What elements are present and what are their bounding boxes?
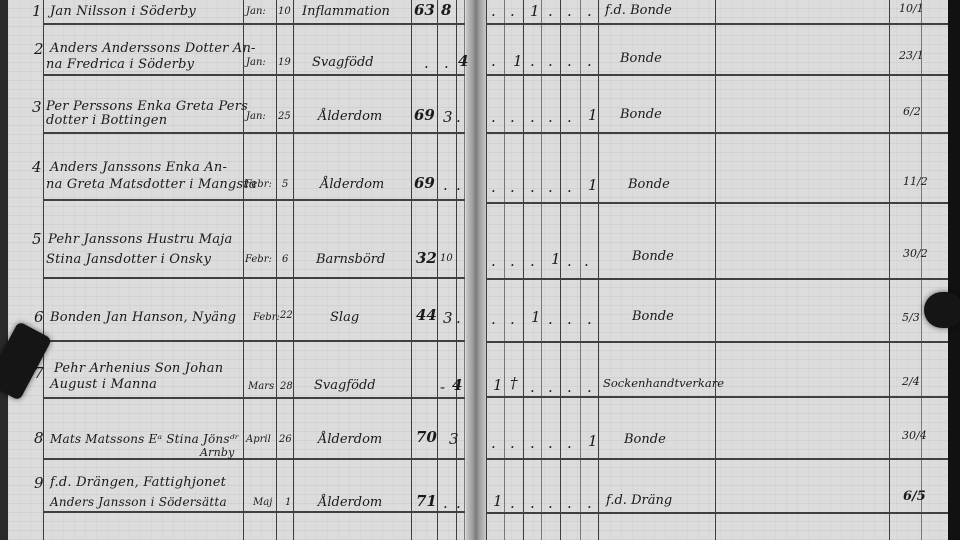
row-separator — [486, 396, 948, 398]
book-gutter — [466, 0, 486, 540]
entry-name-line2: na Fredrica i Söderby — [46, 58, 194, 71]
mark-2: . — [510, 436, 515, 451]
entry-month: Febr: — [245, 255, 272, 265]
entry-age-extra: . — [456, 178, 461, 193]
row-separator — [486, 132, 948, 134]
mark-6: . — [587, 312, 592, 327]
mark-3: . — [530, 180, 535, 195]
entry-name-line1: Anders Anderssons Dotter An- — [50, 42, 256, 55]
mark-3: . — [530, 436, 535, 451]
mark-6: . — [584, 254, 589, 269]
entry-occupation: Bonde — [628, 178, 670, 191]
mark-3: . — [530, 54, 535, 69]
mark-2: . — [510, 312, 515, 327]
mark-1: . — [491, 312, 496, 327]
row-separator — [486, 202, 948, 204]
entry-number: 8 — [34, 431, 44, 446]
entry-date: 6/5 — [903, 490, 926, 503]
entry-name-line2: Arnby — [200, 447, 235, 458]
mark-3: 1 — [530, 4, 540, 19]
entry-cause: Ålderdom — [318, 496, 382, 509]
entry-number: 2 — [34, 42, 44, 57]
entry-age-extra: 4 — [458, 54, 468, 69]
entry-occupation: f.d. Bonde — [605, 4, 672, 17]
mark-5: . — [567, 54, 572, 69]
mark-5: . — [567, 380, 572, 395]
entry-age-extra: 4 — [452, 378, 462, 393]
entry-day: 28 — [280, 382, 293, 392]
mark-5: . — [567, 312, 572, 327]
entry-number: 6 — [34, 310, 44, 325]
entry-name-line2: August i Manna — [50, 378, 157, 391]
entry-number: 5 — [32, 232, 42, 247]
mark-2: . — [510, 4, 515, 19]
entry-number: 3 — [32, 100, 42, 115]
entry-day: 26 — [279, 435, 292, 445]
entry-day: 1 — [285, 498, 291, 508]
entry-age-months: 3 — [443, 110, 453, 125]
row-separator — [486, 341, 948, 343]
entry-occupation: f.d. Dräng — [606, 494, 672, 507]
mark-4: . — [548, 312, 553, 327]
mark-4: . — [548, 380, 553, 395]
entry-occupation: Sockenhandtverkare — [603, 378, 724, 390]
mark-2: . — [510, 180, 515, 195]
entry-age-years: 69 — [414, 108, 435, 123]
entry-number: 1 — [32, 4, 42, 19]
entry-cause: Inflammation — [302, 5, 390, 18]
entry-month: Jan: — [246, 112, 266, 122]
entry-name-line1: Jan Nilsson i Söderby — [50, 5, 196, 18]
entry-age-months: . — [443, 178, 448, 193]
mark-6: . — [587, 4, 592, 19]
entry-cause: Ålderdom — [318, 110, 382, 123]
mark-6: 1 — [588, 178, 598, 193]
row-separator — [43, 199, 465, 201]
entry-name-line2: dotter i Bottingen — [46, 114, 167, 127]
entry-occupation: Bonde — [624, 433, 666, 446]
entry-month: Febr: — [253, 313, 280, 323]
entry-month: April — [246, 435, 271, 445]
entry-month: Jan: — [246, 58, 266, 68]
row-separator — [43, 277, 465, 279]
entry-cause: Ålderdom — [320, 178, 384, 191]
mark-4: 1 — [551, 252, 561, 267]
mark-1: . — [491, 436, 496, 451]
entry-date: 6/2 — [903, 106, 921, 117]
mark-1: 1 — [493, 378, 503, 393]
row-separator — [486, 74, 948, 76]
mark-2: . — [510, 254, 515, 269]
entry-name-line2: Anders Jansson i Södersätta — [50, 496, 227, 508]
entry-age-years: 44 — [416, 308, 437, 323]
row-separator — [486, 278, 948, 280]
mark-4: . — [548, 436, 553, 451]
mark-5: . — [567, 110, 572, 125]
entry-age-months: 3 — [449, 432, 459, 447]
entry-name-line2: na Greta Matsdotter i Mangsta — [46, 178, 257, 191]
entry-month: Maj — [253, 498, 272, 508]
mark-1: 1 — [493, 494, 503, 509]
mark-6: . — [587, 380, 592, 395]
entry-age-months: . — [443, 496, 448, 511]
entry-occupation: Bonde — [620, 52, 662, 65]
entry-cause: Ålderdom — [318, 433, 382, 446]
entry-occupation: Bonde — [632, 250, 674, 263]
entry-date: 11/2 — [903, 176, 928, 187]
entry-day: 6 — [282, 255, 288, 265]
entry-age-months: 10 — [440, 254, 453, 264]
entry-date: 30/4 — [902, 430, 927, 441]
mark-6: . — [587, 496, 592, 511]
entry-occupation: Bonde — [632, 310, 674, 323]
entry-date: 30/2 — [903, 248, 928, 259]
mark-3: 1 — [531, 310, 541, 325]
entry-number: 9 — [34, 476, 44, 491]
entry-day: 22 — [280, 311, 293, 321]
entry-name-line1: f.d. Drängen, Fattighjonet — [50, 476, 226, 489]
entry-age-years: . — [424, 56, 429, 71]
row-separator — [43, 458, 465, 460]
mark-3: . — [530, 254, 535, 269]
row-separator — [43, 74, 465, 76]
mark-5: . — [567, 436, 572, 451]
mark-5: . — [567, 254, 572, 269]
mark-2: † — [510, 376, 518, 391]
mark-4: . — [548, 110, 553, 125]
entry-age-years: 63 — [414, 3, 435, 18]
entry-age-extra: . — [456, 496, 461, 511]
mark-2: . — [510, 496, 515, 511]
mark-1: . — [491, 254, 496, 269]
entry-age-months: . — [444, 56, 449, 71]
entry-month: Mars — [248, 382, 274, 392]
entry-name-line1: Anders Janssons Enka An- — [50, 161, 227, 174]
entry-age-years: 71 — [416, 494, 437, 509]
row-separator — [486, 23, 948, 25]
row-separator — [43, 340, 465, 342]
mark-6: . — [587, 54, 592, 69]
entry-age-extra: . — [456, 110, 461, 125]
mark-5: . — [567, 4, 572, 19]
mark-4: . — [548, 180, 553, 195]
entry-name-line1: Per Perssons Enka Greta Pers — [46, 100, 248, 113]
entry-day: 5 — [282, 180, 288, 190]
mark-3: . — [530, 496, 535, 511]
entry-cause: Svagfödd — [312, 56, 374, 69]
entry-date: 10/1 — [899, 3, 924, 14]
mark-1: . — [491, 110, 496, 125]
entry-name-line1: Mats Matssons Eᵃ Stina Jönsᵈʳ — [50, 433, 239, 445]
entry-day: 10 — [278, 7, 291, 17]
entry-date: 5/3 — [902, 312, 920, 323]
row-separator — [486, 458, 948, 460]
mark-6: 1 — [588, 434, 598, 449]
entry-day: 19 — [278, 58, 291, 68]
entry-name-line1: Bonden Jan Hanson, Nyäng — [50, 311, 236, 324]
entry-age-years: 32 — [416, 251, 437, 266]
book-right-edge — [948, 0, 960, 540]
entry-month: Jan: — [246, 7, 266, 17]
row-separator — [43, 23, 465, 25]
entry-name-line2: Stina Jansdotter i Onsky — [46, 253, 211, 266]
mark-2: 1 — [513, 54, 523, 69]
entry-age-years: 69 — [414, 176, 435, 191]
entry-age-months: - — [440, 380, 445, 395]
entry-month: Febr: — [245, 180, 272, 190]
entry-cause: Barnsbörd — [316, 253, 385, 266]
row-separator — [43, 132, 465, 134]
entry-name-line1: Pehr Janssons Hustru Maja — [48, 233, 232, 246]
mark-1: . — [491, 180, 496, 195]
mark-4: . — [548, 54, 553, 69]
entry-name-line1: Pehr Arhenius Son Johan — [54, 362, 223, 375]
entry-age-years: 70 — [416, 430, 437, 445]
mark-6: 1 — [588, 108, 598, 123]
entry-date: 2/4 — [902, 376, 920, 387]
mark-5: . — [567, 180, 572, 195]
mark-2: . — [510, 110, 515, 125]
mark-4: . — [548, 496, 553, 511]
mark-3: . — [530, 110, 535, 125]
mark-1: . — [491, 54, 496, 69]
mark-3: . — [530, 380, 535, 395]
entry-cause: Svagfödd — [314, 379, 376, 392]
mark-4: . — [548, 4, 553, 19]
mark-1: . — [491, 4, 496, 19]
entry-cause: Slag — [330, 311, 359, 324]
entry-age-extra: . — [456, 311, 461, 326]
entry-date: 23/1 — [899, 50, 924, 61]
row-separator — [486, 512, 948, 514]
row-separator — [43, 397, 465, 399]
entry-number: 4 — [32, 160, 42, 175]
entry-occupation: Bonde — [620, 108, 662, 121]
book-clip-right — [924, 292, 960, 328]
entry-age-months: 8 — [441, 3, 451, 18]
row-separator — [43, 511, 465, 513]
entry-age-months: 3 — [443, 311, 453, 326]
entry-day: 25 — [278, 112, 291, 122]
mark-5: . — [567, 496, 572, 511]
